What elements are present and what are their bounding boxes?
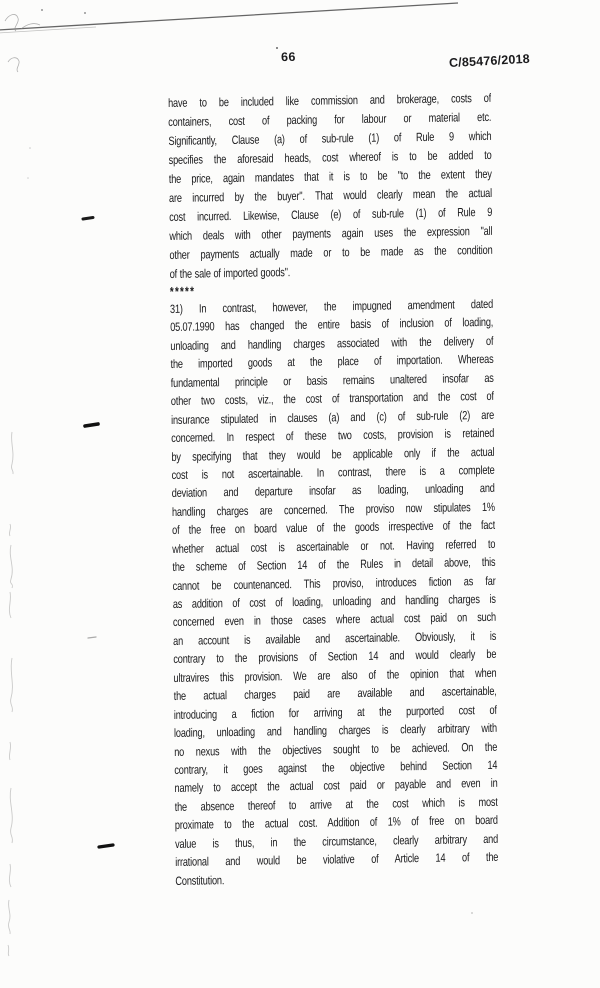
margin-dash-artifact — [83, 218, 113, 848]
case-number: C/85476/2018 — [449, 52, 531, 70]
paragraph-continuation: have to be included like commission and … — [168, 89, 493, 284]
paragraph-31: 31) In contrast, however, the impugned a… — [170, 295, 498, 890]
scan-fold-line-artifact — [0, 3, 458, 30]
judgment-text-block: have to be included like commission and … — [168, 89, 498, 890]
pencil-scribble-artifact — [5, 14, 40, 72]
left-edge-smudge-artifact — [8, 432, 13, 956]
page-number: 66 — [281, 50, 296, 64]
scanned-judgment-page: 66 C/85476/2018 have to be included like… — [0, 0, 600, 988]
